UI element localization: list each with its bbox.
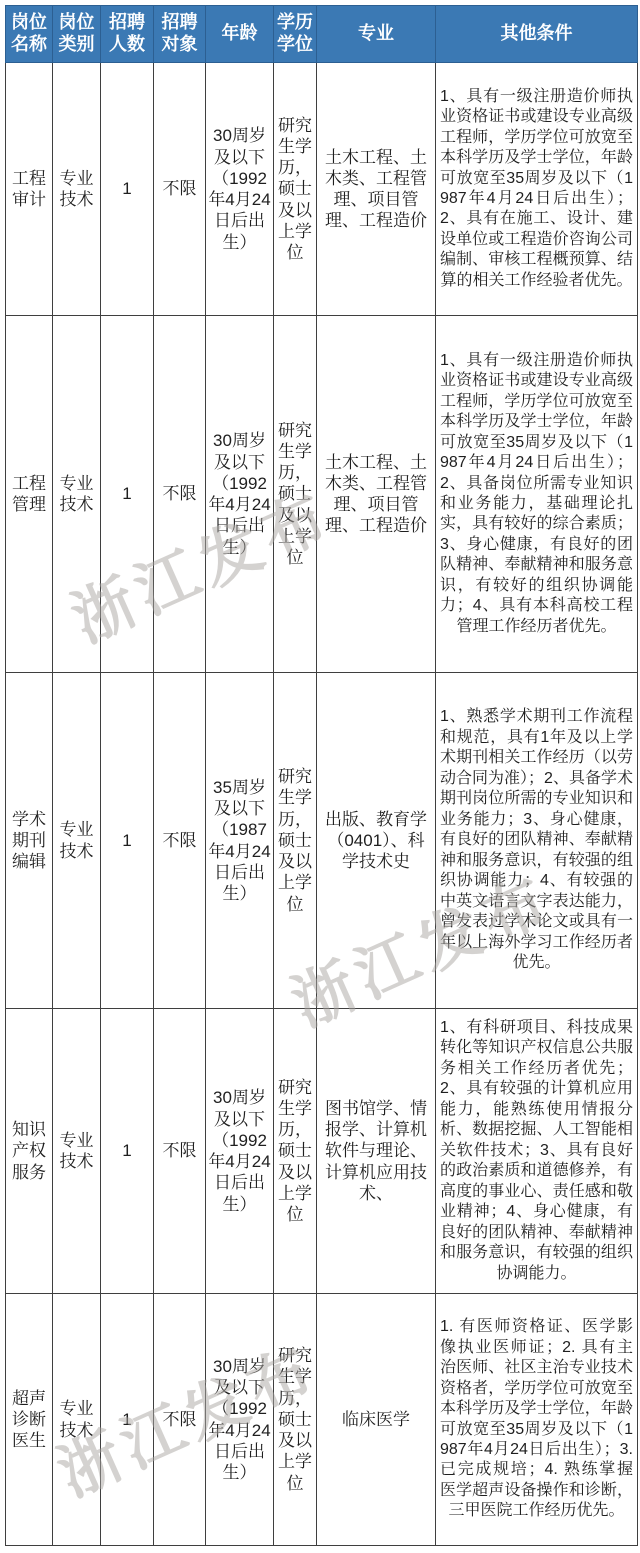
header-degree: 学历学位 (274, 6, 317, 63)
cell-position-name: 知识产权服务 (6, 1009, 53, 1294)
header-age: 年龄 (206, 6, 274, 63)
cell-count: 1 (101, 673, 154, 1009)
cell-category: 专业技术 (53, 1009, 101, 1294)
header-position-name: 岗位名称 (6, 6, 53, 63)
cell-position-name: 工程管理 (6, 316, 53, 673)
cell-major: 临床医学 (317, 1294, 436, 1546)
table-row: 工程管理 专业技术 1 不限 30周岁及以下（1992年4月24日后出生） 研究… (6, 316, 638, 673)
cell-target: 不限 (154, 673, 206, 1009)
cell-conditions: 1、具有一级注册造价师执业资格证书或建设专业高级工程师，学历学位可放宽至本科学历… (436, 63, 638, 316)
header-major: 专业 (317, 6, 436, 63)
cell-conditions: 1、熟悉学术期刊工作流程和规范，具有1年及以上学术期刊相关工作经历（以劳动合同为… (436, 673, 638, 1009)
header-other-conditions: 其他条件 (436, 6, 638, 63)
cell-age: 30周岁及以下（1992年4月24日后出生） (206, 316, 274, 673)
cell-target: 不限 (154, 63, 206, 316)
cell-major: 土木工程、土木类、工程管理、项目管理、工程造价 (317, 63, 436, 316)
cell-degree: 研究生学历，硕士及以上学位 (274, 316, 317, 673)
recruitment-table-page: 岗位名称 岗位类别 招聘人数 招聘对象 年龄 学历学位 专业 其他条件 工程审计… (0, 0, 640, 1553)
cell-degree: 研究生学历，硕士及以上学位 (274, 63, 317, 316)
cell-target: 不限 (154, 1294, 206, 1546)
cell-age: 30周岁及以下（1992年4月24日后出生） (206, 63, 274, 316)
cell-conditions: 1、有科研项目、科技成果转化等知识产权信息公共服务相关工作经历者优先；2、具有较… (436, 1009, 638, 1294)
table-row: 知识产权服务 专业技术 1 不限 30周岁及以下（1992年4月24日后出生） … (6, 1009, 638, 1294)
table-row: 超声诊断医生 专业技术 1 不限 30周岁及以下（1992年4月24日后出生） … (6, 1294, 638, 1546)
cell-position-name: 工程审计 (6, 63, 53, 316)
cell-age: 30周岁及以下（1992年4月24日后出生） (206, 1009, 274, 1294)
cell-degree: 研究生学历，硕士及以上学位 (274, 1009, 317, 1294)
cell-category: 专业技术 (53, 673, 101, 1009)
cell-count: 1 (101, 1009, 154, 1294)
cell-conditions: 1、具有一级注册造价师执业资格证书或建设专业高级工程师，学历学位可放宽至本科学历… (436, 316, 638, 673)
cell-degree: 研究生学历，硕士及以上学位 (274, 673, 317, 1009)
cell-position-name: 超声诊断医生 (6, 1294, 53, 1546)
header-headcount: 招聘人数 (101, 6, 154, 63)
cell-target: 不限 (154, 1009, 206, 1294)
header-row: 岗位名称 岗位类别 招聘人数 招聘对象 年龄 学历学位 专业 其他条件 (6, 6, 638, 63)
cell-age: 30周岁及以下（1992年4月24日后出生） (206, 1294, 274, 1546)
recruitment-table: 岗位名称 岗位类别 招聘人数 招聘对象 年龄 学历学位 专业 其他条件 工程审计… (5, 5, 638, 1546)
cell-count: 1 (101, 316, 154, 673)
header-position-category: 岗位类别 (53, 6, 101, 63)
table-row: 工程审计 专业技术 1 不限 30周岁及以下（1992年4月24日后出生） 研究… (6, 63, 638, 316)
cell-conditions: 1. 有医师资格证、医学影像执业医师证；2. 具有主治医师、社区主治专业技术资格… (436, 1294, 638, 1546)
cell-count: 1 (101, 63, 154, 316)
cell-category: 专业技术 (53, 316, 101, 673)
cell-category: 专业技术 (53, 63, 101, 316)
cell-major: 图书馆学、情报学、计算机软件与理论、计算机应用技术、 (317, 1009, 436, 1294)
cell-major: 土木工程、土木类、工程管理、项目管理、工程造价 (317, 316, 436, 673)
cell-category: 专业技术 (53, 1294, 101, 1546)
cell-count: 1 (101, 1294, 154, 1546)
table-row: 学术期刊编辑 专业技术 1 不限 35周岁及以下（1987年4月24日后出生） … (6, 673, 638, 1009)
header-target: 招聘对象 (154, 6, 206, 63)
cell-major: 出版、教育学（0401）、科学技术史 (317, 673, 436, 1009)
cell-position-name: 学术期刊编辑 (6, 673, 53, 1009)
cell-age: 35周岁及以下（1987年4月24日后出生） (206, 673, 274, 1009)
cell-degree: 研究生学历，硕士及以上学位 (274, 1294, 317, 1546)
cell-target: 不限 (154, 316, 206, 673)
